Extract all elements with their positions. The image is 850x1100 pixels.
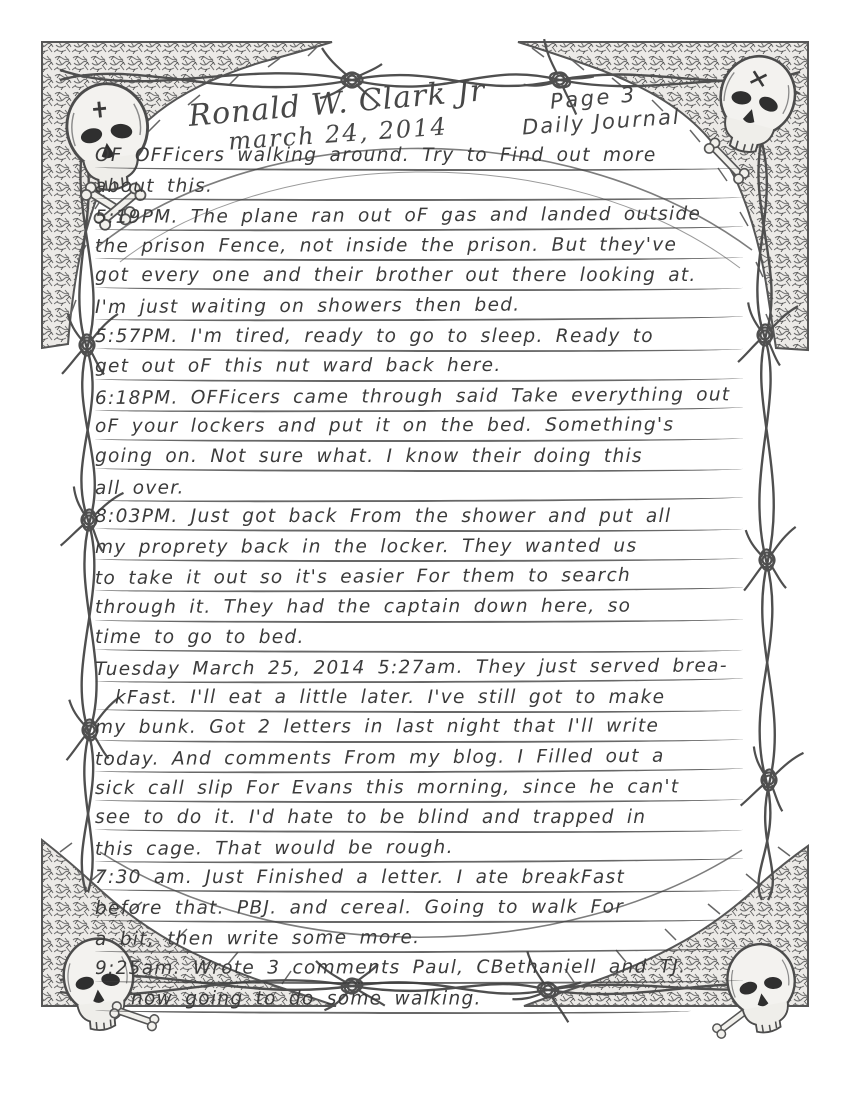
journal-line-text: 6:18PM. OFFicers came through said Take … — [95, 386, 731, 411]
journal-line: OF OFFicers walking around. Try to Find … — [95, 140, 743, 172]
journal-line-text: this cage. That would be rough. — [95, 839, 454, 863]
journal-line: kFast. I'll eat a little later. I've sti… — [95, 682, 743, 714]
journal-line: my bunk. Got 2 letters in last night tha… — [95, 713, 743, 743]
journal-line-text: Tuesday March 25, 2014 5:27am. They just… — [95, 657, 728, 682]
journal-line-text: time to go to bed. — [95, 628, 305, 650]
journal-line-text: through it. They had the captain down he… — [95, 598, 631, 621]
journal-body: OF OFFicers walking around. Try to Find … — [95, 141, 743, 1014]
journal-line: all over. — [95, 471, 743, 503]
journal-line-text: OF OFFicers walking around. Try to Find … — [95, 147, 657, 169]
journal-line-text: 5:19PM. The plane ran out oF gas and lan… — [95, 205, 701, 230]
journal-line-text: the prison Fence, not inside the prison.… — [95, 236, 677, 259]
journal-line-text: oF your lockers and put it on the bed. S… — [95, 417, 674, 440]
journal-line: about this. — [95, 171, 743, 201]
journal-line-text: got every one and their brother out ther… — [95, 267, 697, 289]
journal-line-text: my bunk. Got 2 letters in last night tha… — [95, 718, 659, 741]
journal-line: 7:30 am. Just Finished a letter. I ate b… — [95, 862, 743, 894]
journal-line: this cage. That would be rough. — [95, 832, 743, 864]
journal-line-text: before that. PBJ. and cereal. Going to w… — [95, 899, 624, 922]
journal-line: to take it out so it's easier For them t… — [95, 561, 743, 593]
journal-line: get out oF this nut ward back here. — [95, 352, 743, 382]
journal-line: 6:18PM. OFFicers came through said Take … — [95, 381, 743, 413]
journal-line: Tuesday March 25, 2014 5:27am. They just… — [95, 652, 743, 684]
journal-line-text: now going to do some walking. — [131, 990, 482, 1012]
journal-line-text: kFast. I'll eat a little later. I've sti… — [115, 688, 665, 710]
journal-line-text: 8:03PM. Just got back From the shower an… — [95, 508, 671, 530]
journal-line-text: sick call slip For Evans this morning, s… — [95, 778, 680, 801]
journal-line: today. And comments From my blog. I Fill… — [95, 742, 743, 774]
cross-mark — [92, 101, 107, 118]
journal-line: before that. PBJ. and cereal. Going to w… — [95, 893, 743, 923]
journal-line-text: going on. Not sure what. I know their do… — [95, 448, 643, 470]
journal-line: 8:03PM. Just got back From the shower an… — [95, 501, 743, 533]
journal-line: 9:25am. Wrote 3 comments Paul, CBethanie… — [95, 954, 743, 984]
journal-line-text: get out oF this nut ward back here. — [95, 357, 502, 380]
journal-line: time to go to bed. — [95, 622, 743, 654]
journal-line-text: all over. — [95, 479, 185, 501]
journal-line: 5:19PM. The plane ran out oF gas and lan… — [95, 200, 743, 232]
journal-page-scan: Ronald W. Clark Jr march 24, 2014 Page 3… — [0, 0, 850, 1100]
journal-line: going on. Not sure what. I know their do… — [95, 441, 743, 473]
journal-line: a bit, then write some more. — [95, 922, 743, 954]
journal-line: my proprety back in the locker. They wan… — [95, 532, 743, 562]
journal-line-text: a bit, then write some more. — [95, 929, 420, 952]
journal-line: now going to do some walking. — [95, 983, 691, 1015]
journal-line: the prison Fence, not inside the prison.… — [95, 231, 743, 261]
journal-line-text: my proprety back in the locker. They wan… — [95, 537, 637, 560]
journal-line-text: see to do it. I'd hate to be blind and t… — [95, 809, 646, 831]
journal-line: sick call slip For Evans this morning, s… — [95, 773, 743, 803]
journal-line-text: to take it out so it's easier For them t… — [95, 567, 631, 592]
journal-line: got every one and their brother out ther… — [95, 261, 743, 293]
journal-line-text: I'm just waiting on showers then bed. — [95, 297, 521, 321]
journal-line-text: 9:25am. Wrote 3 comments Paul, CBethanie… — [95, 959, 686, 982]
x-scratch-mark — [751, 71, 767, 86]
journal-line: 5:57PM. I'm tired, ready to go to sleep.… — [95, 321, 743, 353]
journal-line-text: 5:57PM. I'm tired, ready to go to sleep.… — [95, 327, 654, 349]
journal-line: see to do it. I'd hate to be blind and t… — [95, 802, 743, 834]
journal-line: I'm just waiting on showers then bed. — [95, 290, 743, 322]
journal-line-text: 7:30 am. Just Finished a letter. I ate b… — [95, 869, 625, 891]
journal-line: through it. They had the captain down he… — [95, 592, 743, 622]
journal-line: oF your lockers and put it on the bed. S… — [95, 412, 743, 442]
barbed-wire-right — [738, 130, 804, 900]
journal-title-label: Daily Journal — [521, 104, 681, 139]
journal-line-text: today. And comments From my blog. I Fill… — [95, 747, 665, 772]
journal-line-text: about this. — [95, 177, 213, 199]
